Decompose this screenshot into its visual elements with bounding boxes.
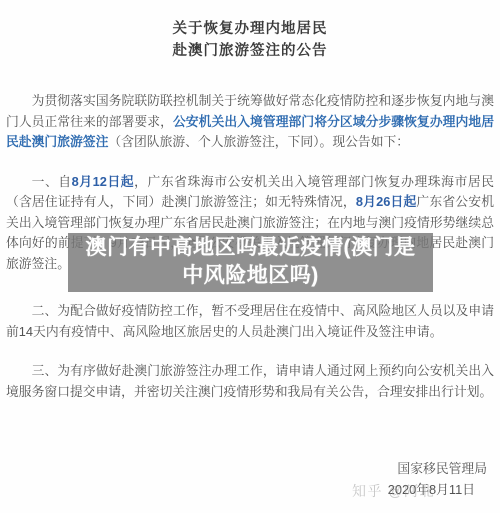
item-1-date-2: 8月26日起 [356, 194, 417, 209]
signature-block: 国家移民管理局 2020年8月11日 [6, 459, 494, 500]
headline-line-1: 澳门有中高地区吗最近疫情(澳门是 [68, 234, 433, 262]
title-line-1: 关于恢复办理内地居民 [6, 18, 494, 40]
document-title: 关于恢复办理内地居民 赴澳门旅游签注的公告 [6, 18, 494, 62]
headline-line-2: 中风险地区吗) [68, 262, 433, 290]
issue-date: 2020年8月11日 [6, 480, 494, 501]
announcement-image: 关于恢复办理内地居民 赴澳门旅游签注的公告 为贯彻落实国务院联防联控机制关于统筹… [0, 0, 500, 513]
item-2-text: 二、为配合做好疫情防控工作，暂不受理居住在疫情中、高风险地区人员以及申请前14天… [6, 303, 494, 339]
headline-overlay-banner: 澳门有中高地区吗最近疫情(澳门是 中风险地区吗) [68, 233, 433, 292]
title-line-2: 赴澳门旅游签注的公告 [6, 40, 494, 62]
item-1-date-1: 8月12日起 [72, 174, 135, 189]
intro-text-2: （含团队旅游、个人旅游签注，下同）。现公告如下： [108, 134, 409, 149]
intro-paragraph: 为贯彻落实国务院联防联控机制关于统筹做好常态化疫情防控和逐步恢复内地与澳门人员正… [6, 91, 494, 153]
item-1-text-1: 一、自 [32, 174, 72, 189]
issuer-name: 国家移民管理局 [6, 459, 494, 480]
item-3-text: 三、为有序做好赴澳门旅游签注办理工作，请申请人通过网上预约向公安机关出入境服务窗… [6, 363, 494, 399]
item-3-paragraph: 三、为有序做好赴澳门旅游签注办理工作，请申请人通过网上预约向公安机关出入境服务窗… [6, 361, 494, 402]
item-2-paragraph: 二、为配合做好疫情防控工作，暂不受理居住在疫情中、高风险地区人员以及申请前14天… [6, 301, 494, 342]
